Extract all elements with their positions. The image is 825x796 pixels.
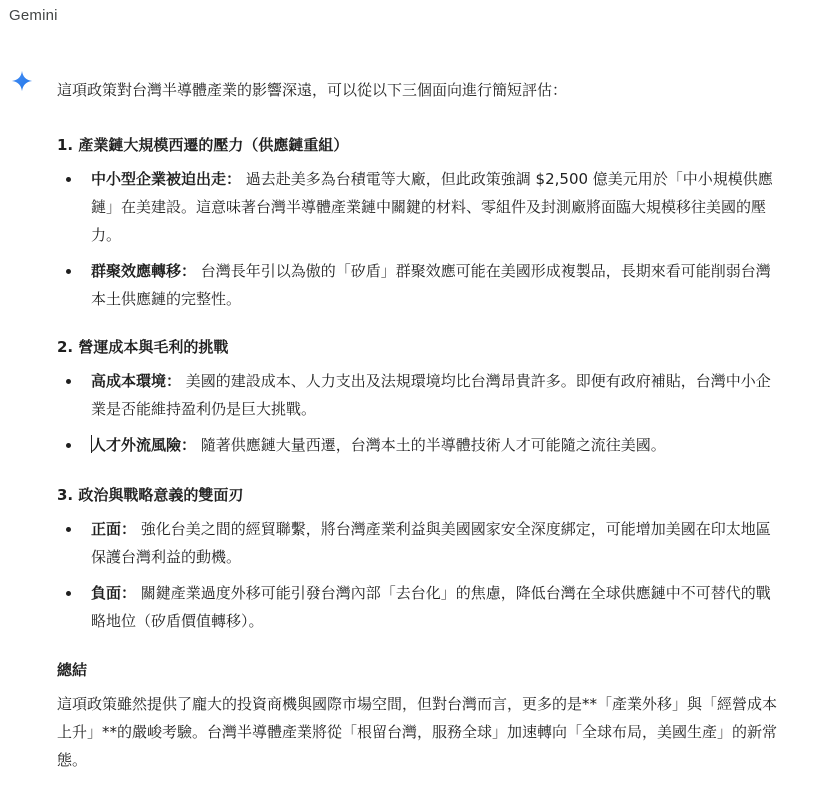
bullet-label: 高成本環境： bbox=[91, 372, 181, 390]
bullet-text: 隨著供應鏈大量西遷，台灣本土的半導體技術人才可能隨之流往美國。 bbox=[196, 436, 666, 454]
list-item: 負面： 關鍵產業過度外移可能引發台灣內部「去台化」的焦慮，降低台灣在全球供應鏈中… bbox=[57, 579, 777, 635]
section-heading-costs: 2. 營運成本與毛利的挑戰 bbox=[57, 333, 777, 361]
bullet-text: 美國的建設成本、人力支出及法規環境均比台灣昂貴許多。即便有政府補貼，台灣中小企業… bbox=[91, 372, 771, 418]
list-item: 中小型企業被迫出走： 過去赴美多為台積電等大廠，但此政策強調 $2,500 億美… bbox=[57, 165, 777, 249]
bullet-list-supply-chain: 中小型企業被迫出走： 過去赴美多為台積電等大廠，但此政策強調 $2,500 億美… bbox=[57, 165, 777, 313]
list-item: 高成本環境： 美國的建設成本、人力支出及法規環境均比台灣昂貴許多。即便有政府補貼… bbox=[57, 367, 777, 423]
bullet-list-politics: 正面： 強化台美之間的經貿聯繫，將台灣產業利益與美國國家安全深度綁定，可能增加美… bbox=[57, 515, 777, 635]
response-intro: 這項政策對台灣半導體產業的影響深遠，可以從以下三個面向進行簡短評估： bbox=[57, 76, 777, 104]
response-body: 這項政策對台灣半導體產業的影響深遠，可以從以下三個面向進行簡短評估： 1. 產業… bbox=[57, 76, 777, 774]
bullet-text: 關鍵產業過度外移可能引發台灣內部「去台化」的焦慮，降低台灣在全球供應鏈中不可替代… bbox=[91, 584, 771, 630]
bullet-list-costs: 高成本環境： 美國的建設成本、人力支出及法規環境均比台灣昂貴許多。即便有政府補貼… bbox=[57, 367, 777, 459]
list-item: 群聚效應轉移： 台灣長年引以為傲的「矽盾」群聚效應可能在美國形成複製品，長期來看… bbox=[57, 257, 777, 313]
bullet-label: 中小型企業被迫出走： bbox=[91, 170, 241, 188]
section-heading-supply-chain: 1. 產業鏈大規模西遷的壓力（供應鏈重組） bbox=[57, 131, 777, 159]
bullet-label: 群聚效應轉移： bbox=[91, 262, 196, 280]
list-item: 正面： 強化台美之間的經貿聯繫，將台灣產業利益與美國國家安全深度綁定，可能增加美… bbox=[57, 515, 777, 571]
bullet-label: 人才外流風險： bbox=[91, 436, 196, 454]
summary-heading: 總結 bbox=[57, 656, 777, 684]
bullet-text: 強化台美之間的經貿聯繫，將台灣產業利益與美國國家安全深度綁定，可能增加美國在印太… bbox=[91, 520, 771, 566]
summary-text: 這項政策雖然提供了龐大的投資商機與國際市場空間，但對台灣而言，更多的是**「產業… bbox=[57, 690, 777, 774]
app-title: Gemini bbox=[9, 7, 58, 24]
bullet-label: 負面： bbox=[91, 584, 136, 602]
list-item: 人才外流風險： 隨著供應鏈大量西遷，台灣本土的半導體技術人才可能隨之流往美國。 bbox=[57, 431, 777, 459]
section-heading-politics: 3. 政治與戰略意義的雙面刃 bbox=[57, 481, 777, 509]
bullet-label: 正面： bbox=[91, 520, 136, 538]
gemini-sparkle-icon bbox=[11, 70, 33, 92]
